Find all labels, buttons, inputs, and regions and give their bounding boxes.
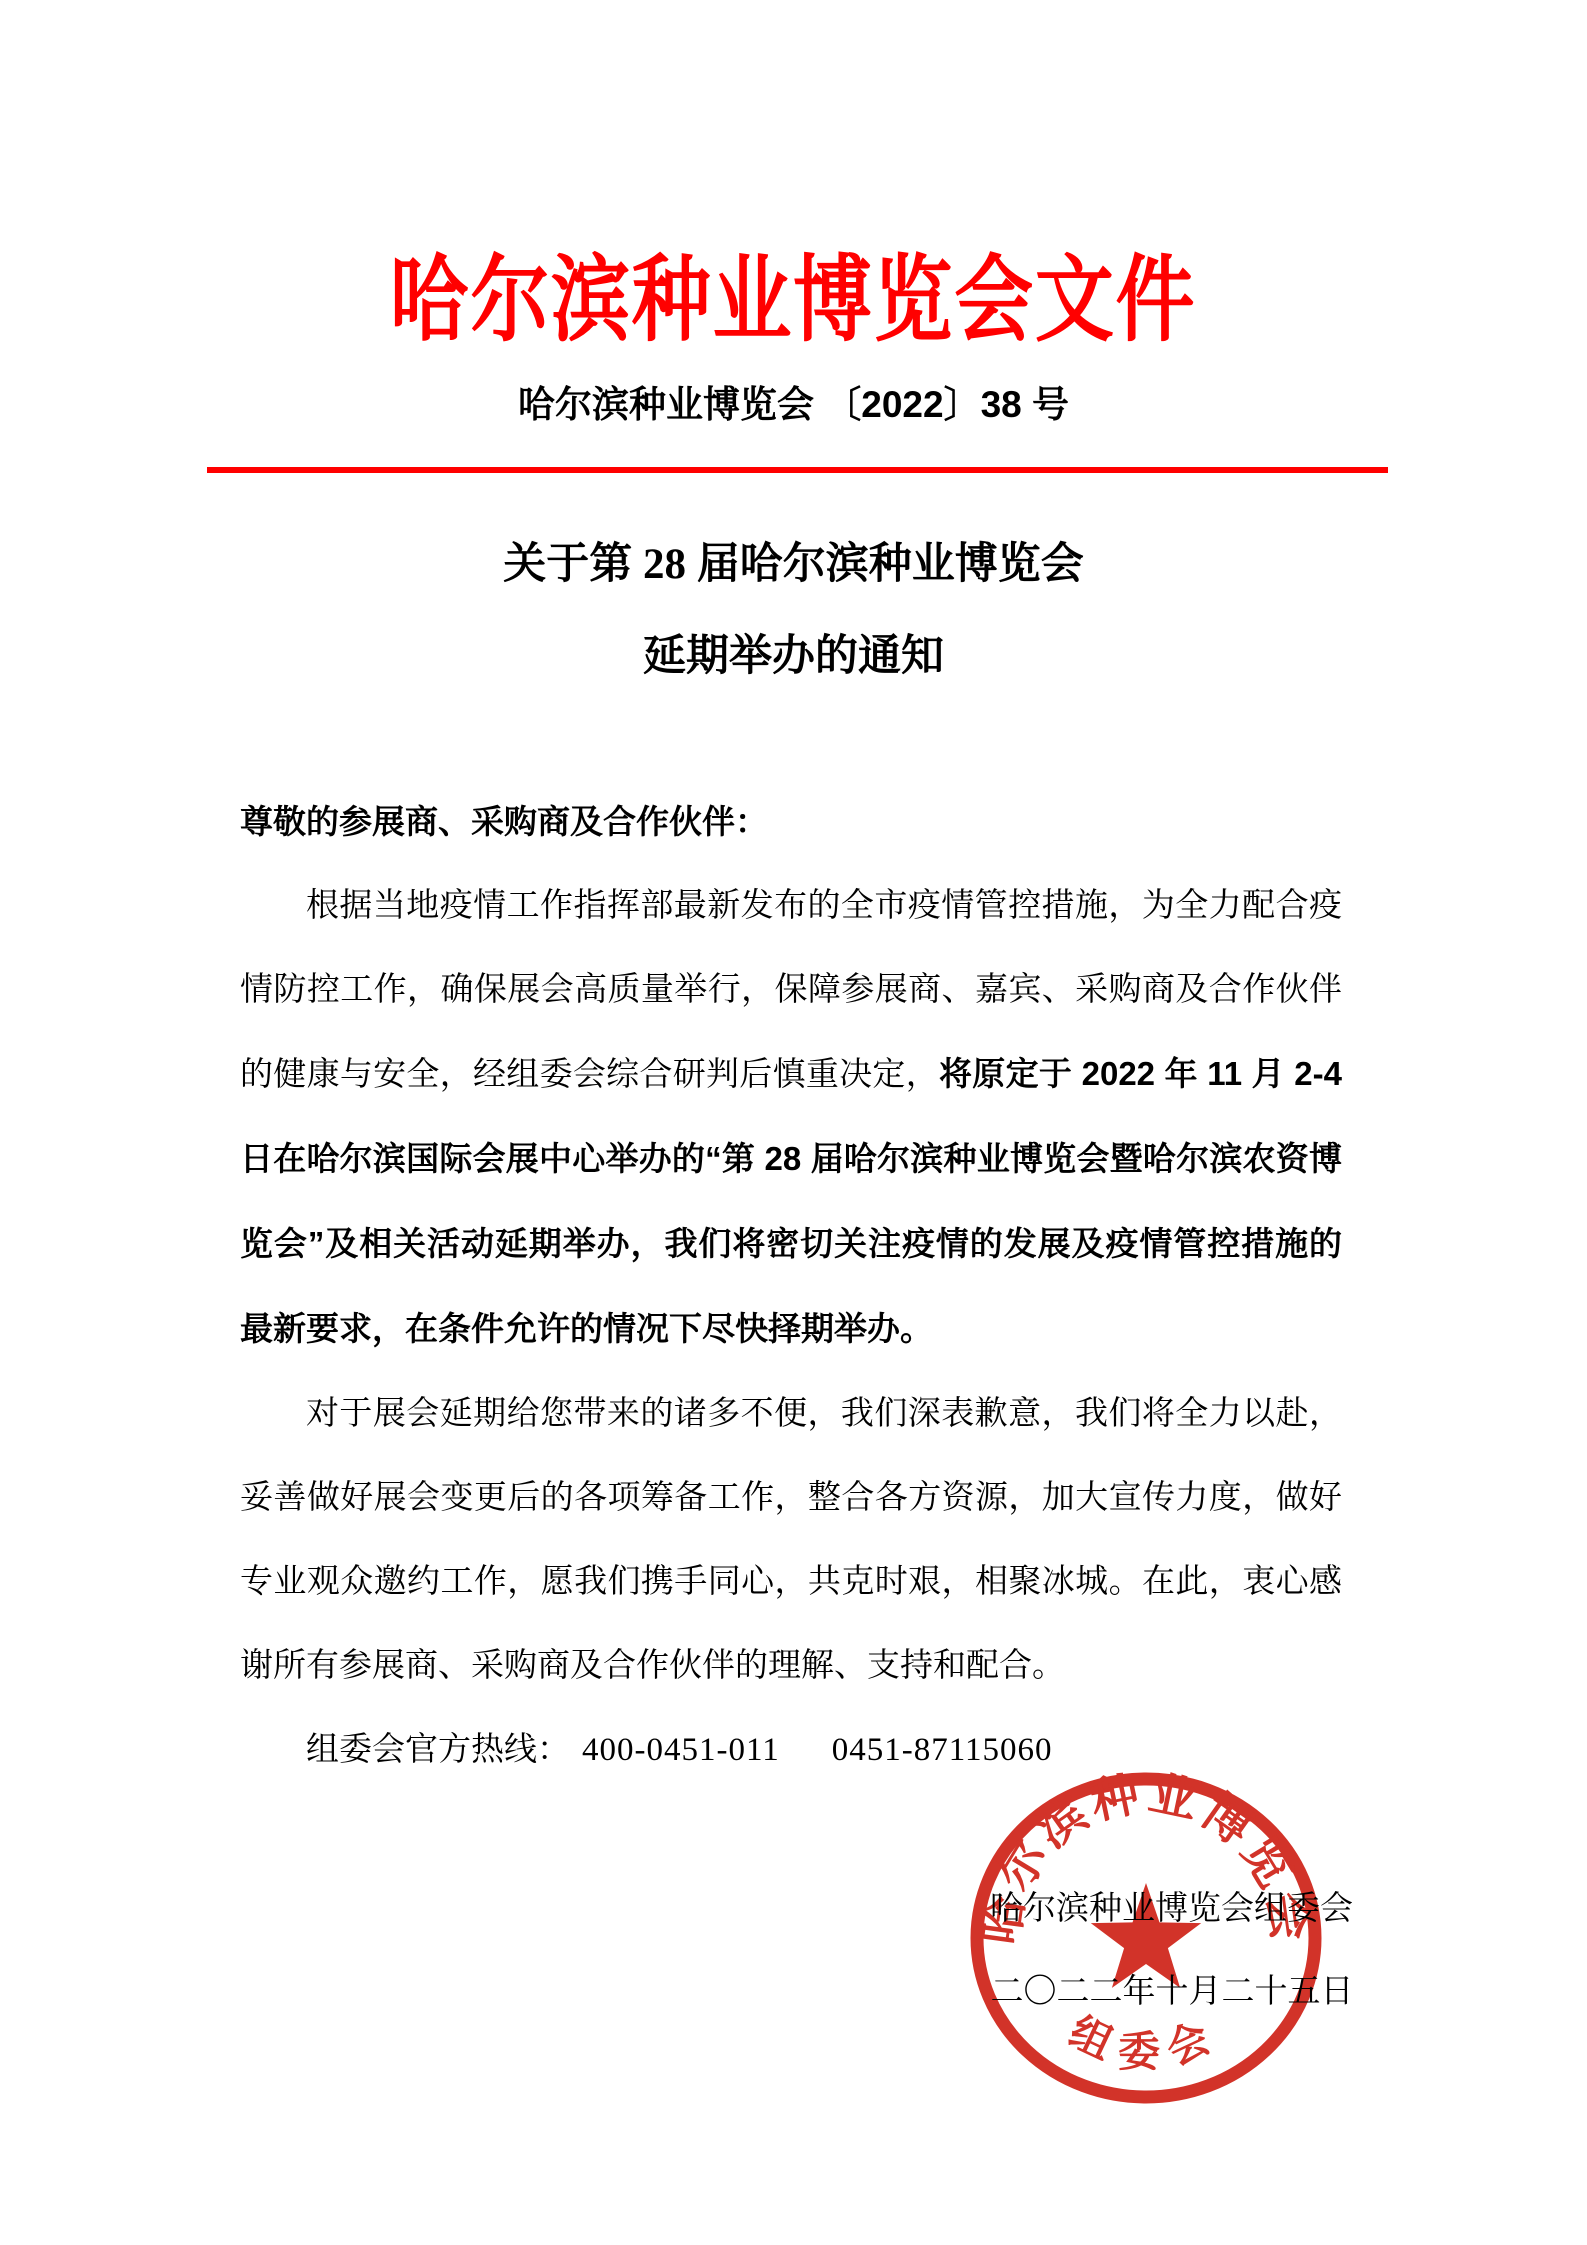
document-page: { "header": { "letterhead_title": "哈尔滨种业… [0, 0, 1587, 2245]
body-paragraph: 对于展会延期给您带来的诸多不便，我们深表歉意，我们将全力以赴，妥善做好展会变更后… [240, 1372, 1342, 1708]
notice-title-line1: 关于第 28 届哈尔滨种业博览会 [0, 530, 1587, 591]
star-icon [1091, 1883, 1201, 1988]
hotline-label: 组委会官方热线： [306, 1732, 570, 1768]
emphasis-text: 将原定于 2022 年 11 月 2-4 日在哈尔滨国际会展中心举办的“第 28… [240, 1055, 1342, 1347]
official-seal-stamp: 哈尔滨种业博览会 组委会 [958, 1762, 1334, 2116]
paragraph-text: 对于展会延期给您带来的诸多不便，我们深表歉意，我们将全力以赴，妥善做好展会变更后… [240, 1396, 1342, 1684]
letterhead-title: 哈尔滨种业博览会文件 [0, 224, 1587, 359]
body-paragraph: 根据当地疫情工作指挥部最新发布的全市疫情管控措施，为全力配合疫情防控工作，确保展… [240, 864, 1342, 1372]
salutation: 尊敬的参展商、采购商及合作伙伴： [240, 780, 1342, 864]
notice-title-line2: 延期举办的通知 [0, 622, 1587, 683]
hotline-number-1: 400-0451-011 [582, 1732, 780, 1768]
letterhead-title-text: 哈尔滨种业博览会文件 [390, 224, 1196, 359]
seal-arc-text-bottom: 组委会 [1062, 2009, 1230, 2076]
letterhead-divider-rule [207, 467, 1388, 473]
document-number: 哈尔滨种业博览会 〔2022〕38 号 [0, 374, 1587, 428]
body-block: 尊敬的参展商、采购商及合作伙伴： 根据当地疫情工作指挥部最新发布的全市疫情管控措… [240, 780, 1342, 1792]
body-paragraphs: 根据当地疫情工作指挥部最新发布的全市疫情管控措施，为全力配合疫情防控工作，确保展… [240, 864, 1342, 1708]
